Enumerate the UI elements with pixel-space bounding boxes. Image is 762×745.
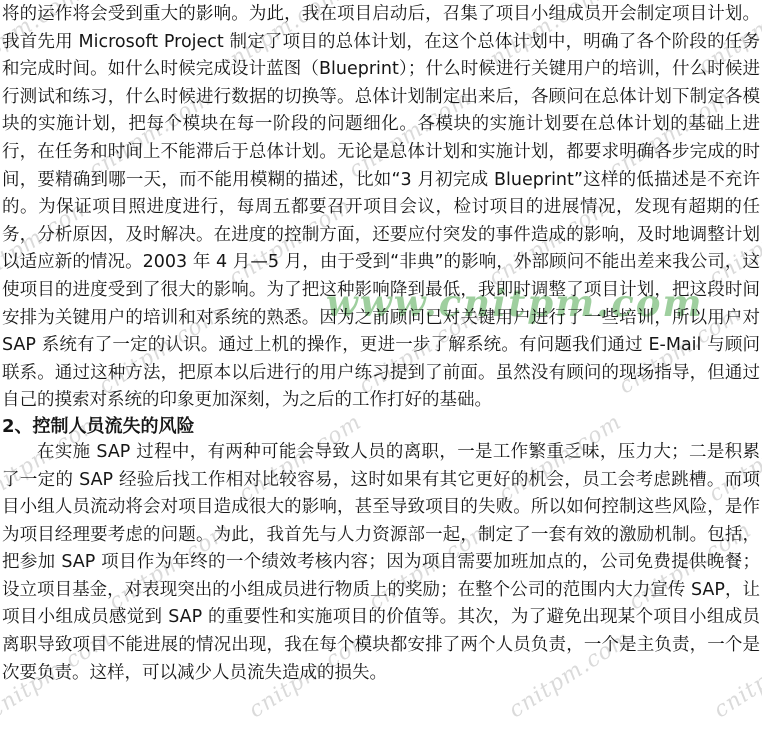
body-paragraph-2: 在实施 SAP 过程中，有两种可能会导致人员的离职，一是工作繁重乏味，压力大；二…	[2, 439, 760, 687]
section-heading-2: 2、控制人员流失的风险	[2, 415, 760, 439]
document-text: 将的运作将会受到重大的影响。为此，我在项目启动后，召集了项目小组成员开会制定项目…	[0, 0, 762, 687]
body-paragraph-1: 将的运作将会受到重大的影响。为此，我在项目启动后，召集了项目小组成员开会制定项目…	[2, 1, 760, 415]
document-page: cnitpm.comcnitpm.comcnitpm.comcnitpm.com…	[0, 0, 762, 745]
